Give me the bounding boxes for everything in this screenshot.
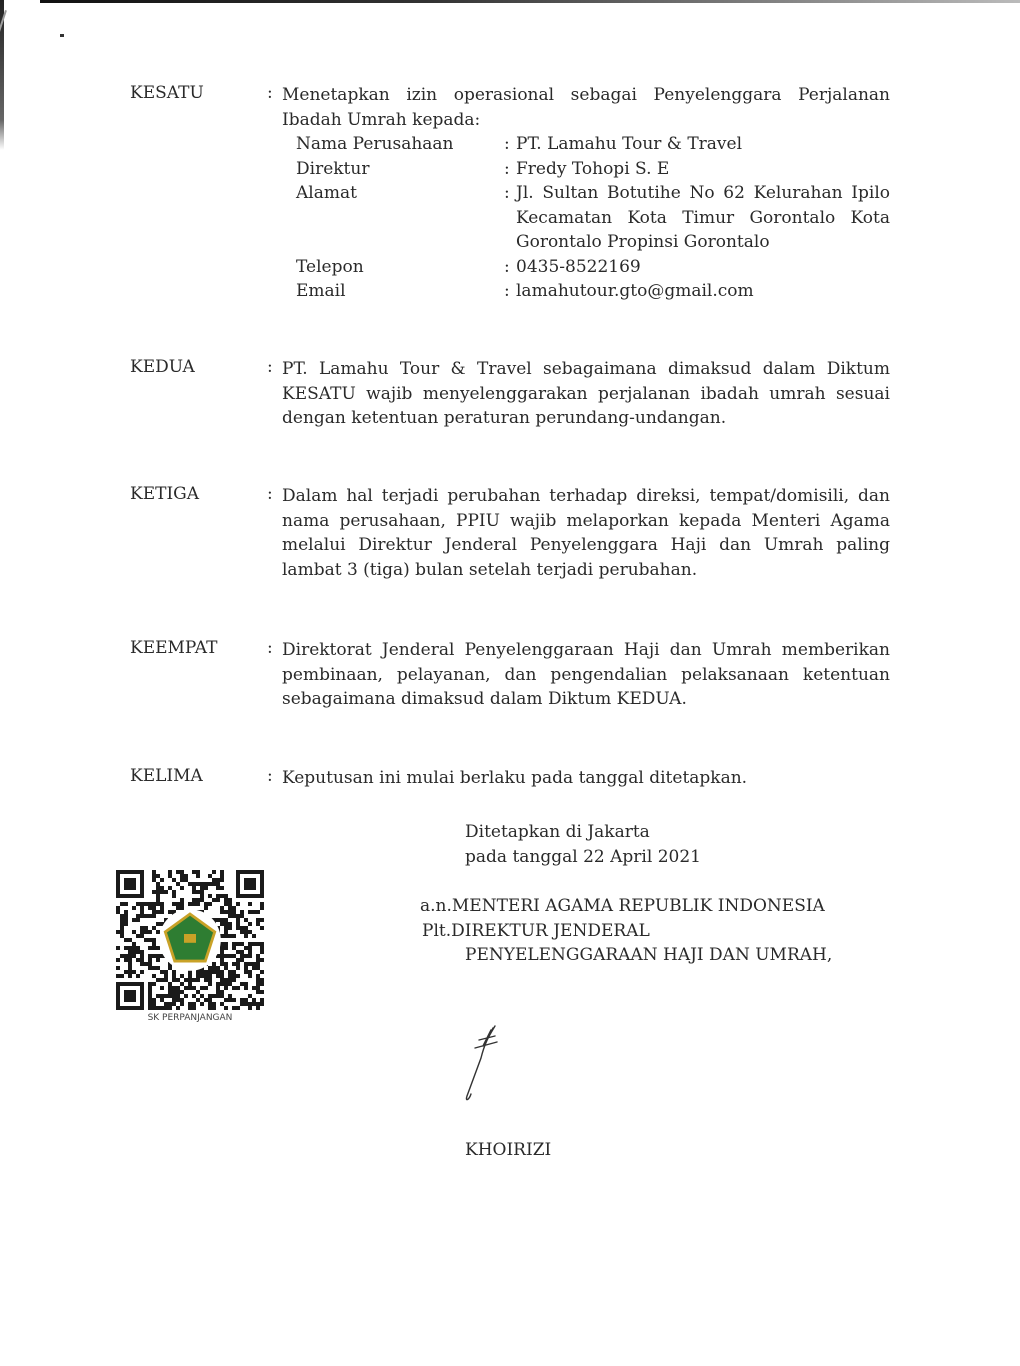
- scan-speck: [60, 34, 64, 37]
- acting-line: Plt.DIREKTUR JENDERAL: [420, 919, 832, 944]
- detail-row-email: Email : lamahutour.gto@gmail.com: [296, 279, 890, 304]
- on-behalf-line: a.n.MENTERI AGAMA REPUBLIK INDONESIA: [420, 894, 832, 919]
- diktum-kesatu: KESATU : Menetapkan izin operasional seb…: [130, 83, 890, 304]
- diktum-text: PT. Lamahu Tour & Travel sebagaimana dim…: [282, 357, 890, 431]
- diktum-body: Dalam hal terjadi perubahan terhadap dir…: [282, 484, 890, 582]
- diktum-text: Direktorat Jenderal Penyelenggaraan Haji…: [282, 638, 890, 712]
- detail-value: lamahutour.gto@gmail.com: [516, 279, 890, 304]
- diktum-keempat: KEEMPAT : Direktorat Jenderal Penyelengg…: [130, 638, 890, 712]
- detail-colon: :: [504, 132, 516, 157]
- qr-code: [116, 870, 264, 1010]
- diktum-colon: :: [267, 83, 273, 103]
- diktum-body: Menetapkan izin operasional sebagai Peny…: [282, 83, 890, 304]
- issuance-place: Ditetapkan di Jakarta: [420, 820, 701, 845]
- detail-key: Alamat: [296, 181, 504, 255]
- detail-value: 0435-8522169: [516, 255, 890, 280]
- diktum-label: KESATU: [130, 83, 204, 103]
- diktum-body: PT. Lamahu Tour & Travel sebagaimana dim…: [282, 357, 890, 431]
- diktum-colon: :: [267, 766, 273, 786]
- detail-row-company: Nama Perusahaan : PT. Lamahu Tour & Trav…: [296, 132, 890, 157]
- qr-caption: SK PERPANJANGAN: [116, 1013, 264, 1023]
- diktum-colon: :: [267, 357, 273, 377]
- diktum-body: Direktorat Jenderal Penyelenggaraan Haji…: [282, 638, 890, 712]
- detail-value: Fredy Tohopi S. E: [516, 157, 890, 182]
- detail-key: Telepon: [296, 255, 504, 280]
- detail-key: Email: [296, 279, 504, 304]
- diktum-colon: :: [267, 638, 273, 658]
- diktum-label: KEEMPAT: [130, 638, 218, 658]
- detail-row-phone: Telepon : 0435-8522169: [296, 255, 890, 280]
- detail-value: Jl. Sultan Botutihe No 62 Kelurahan Ipil…: [516, 181, 890, 255]
- detail-colon: :: [504, 181, 516, 255]
- diktum-text: Dalam hal terjadi perubahan terhadap dir…: [282, 484, 890, 582]
- diktum-colon: :: [267, 484, 273, 504]
- diktum-kelima: KELIMA : Keputusan ini mulai berlaku pad…: [130, 766, 890, 791]
- diktum-label: KELIMA: [130, 766, 203, 786]
- diktum-text: Keputusan ini mulai berlaku pada tanggal…: [282, 766, 890, 791]
- detail-value: PT. Lamahu Tour & Travel: [516, 132, 890, 157]
- detail-row-director: Direktur : Fredy Tohopi S. E: [296, 157, 890, 182]
- office-line: PENYELENGGARAAN HAJI DAN UMRAH,: [420, 943, 832, 968]
- issuance-block: Ditetapkan di Jakarta pada tanggal 22 Ap…: [420, 820, 701, 869]
- company-details: Nama Perusahaan : PT. Lamahu Tour & Trav…: [296, 132, 890, 304]
- diktum-kedua: KEDUA : PT. Lamahu Tour & Travel sebagai…: [130, 357, 890, 431]
- scan-edge-top: [40, 0, 1020, 3]
- detail-key: Direktur: [296, 157, 504, 182]
- diktum-text: Menetapkan izin operasional sebagai Peny…: [282, 83, 890, 132]
- diktum-label: KETIGA: [130, 484, 199, 504]
- authority-block: a.n.MENTERI AGAMA REPUBLIK INDONESIA Plt…: [420, 894, 832, 968]
- detail-key: Nama Perusahaan: [296, 132, 504, 157]
- diktum-label: KEDUA: [130, 357, 195, 377]
- signature-mark: [455, 1018, 535, 1108]
- diktum-body: Keputusan ini mulai berlaku pada tanggal…: [282, 766, 890, 791]
- issuance-date: pada tanggal 22 April 2021: [420, 845, 701, 870]
- detail-row-address: Alamat : Jl. Sultan Botutihe No 62 Kelur…: [296, 181, 890, 255]
- diktum-ketiga: KETIGA : Dalam hal terjadi perubahan ter…: [130, 484, 890, 582]
- detail-colon: :: [504, 157, 516, 182]
- signer-name: KHOIRIZI: [465, 1140, 551, 1160]
- detail-colon: :: [504, 255, 516, 280]
- detail-colon: :: [504, 279, 516, 304]
